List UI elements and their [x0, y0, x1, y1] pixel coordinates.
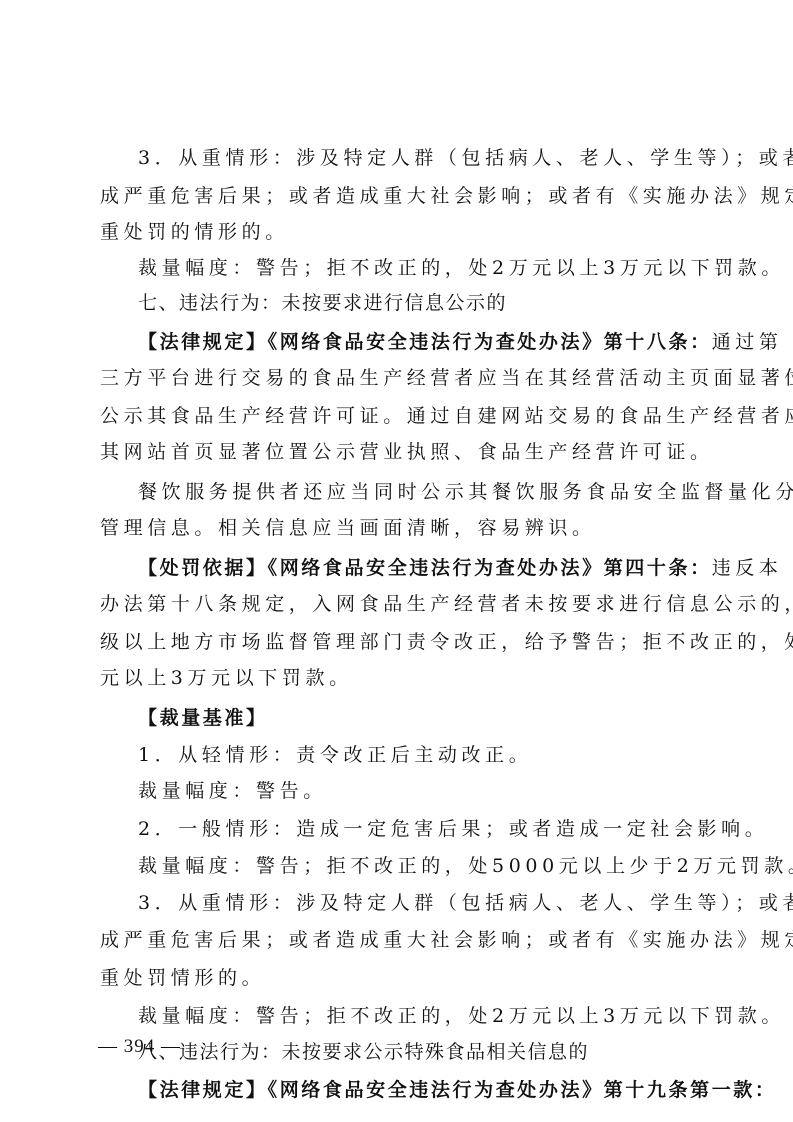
bold-label: 【处罚依据】《网络食品安全违法行为查处办法》第四十条：: [138, 557, 712, 579]
text-line: 【法律规定】《网络食品安全违法行为查处办法》第十九条第一款：: [138, 1078, 696, 1102]
text-line: 裁量幅度：警告；拒不改正的，处2万元以上3万元以下罚款。: [138, 256, 696, 280]
text-line: 【裁量基准】: [138, 706, 696, 730]
section-heading: 八、违法行为：未按要求公示特殊食品相关信息的: [138, 1040, 696, 1064]
text-line: 公示其食品生产经营许可证。通过自建网站交易的食品生产经营者应当在: [100, 404, 696, 428]
text-line: 3．从重情形：涉及特定人群（包括病人、老人、学生等）；或者造: [138, 146, 696, 170]
text-line: 三方平台进行交易的食品生产经营者应当在其经营活动主页面显著位置: [100, 366, 696, 390]
text-line: 成严重危害后果；或者造成重大社会影响；或者有《实施办法》规定的从: [100, 928, 696, 952]
text-line: 元以上3万元以下罚款。: [100, 666, 696, 690]
text-line: 裁量幅度：警告；拒不改正的，处2万元以上3万元以下罚款。: [138, 1004, 696, 1028]
text-line: 管理信息。相关信息应当画面清晰，容易辨识。: [100, 516, 696, 540]
text-line: 重处罚的情形的。: [100, 220, 696, 244]
section-heading: 七、违法行为：未按要求进行信息公示的: [138, 291, 696, 315]
text-line: 3．从重情形：涉及特定人群（包括病人、老人、学生等）；或者造: [138, 891, 696, 915]
text-line: 其网站首页显著位置公示营业执照、食品生产经营许可证。: [100, 440, 696, 464]
text-line: 【法律规定】《网络食品安全违法行为查处办法》第十八条：通过第: [138, 330, 696, 354]
text-line: 1．从轻情形：责令改正后主动改正。: [138, 743, 696, 767]
text-run: 违反本: [712, 557, 783, 579]
bold-label: 【法律规定】《网络食品安全违法行为查处办法》第十八条：: [138, 331, 712, 353]
text-line: 办法第十八条规定，入网食品生产经营者未按要求进行信息公示的，由县: [100, 592, 696, 616]
text-line: 2．一般情形：造成一定危害后果；或者造成一定社会影响。: [138, 817, 696, 841]
text-line: 成严重危害后果；或者造成重大社会影响；或者有《实施办法》规定的从: [100, 184, 696, 208]
text-line: 重处罚情形的。: [100, 966, 696, 990]
bold-label: 【法律规定】《网络食品安全违法行为查处办法》第十九条第一款：: [138, 1079, 777, 1101]
text-run: 通过第: [712, 331, 783, 353]
text-line: 【处罚依据】《网络食品安全违法行为查处办法》第四十条：违反本: [138, 556, 696, 580]
text-line: 餐饮服务提供者还应当同时公示其餐饮服务食品安全监督量化分级: [138, 480, 696, 504]
bold-label: 【裁量基准】: [138, 707, 268, 729]
text-line: 裁量幅度：警告。: [138, 779, 696, 803]
text-line: 裁量幅度：警告；拒不改正的，处5000元以上少于2万元罚款。: [138, 854, 696, 878]
page-number: — 394 —: [98, 1036, 181, 1058]
text-line: 级以上地方市场监督管理部门责令改正，给予警告；拒不改正的，处5000: [100, 630, 696, 654]
